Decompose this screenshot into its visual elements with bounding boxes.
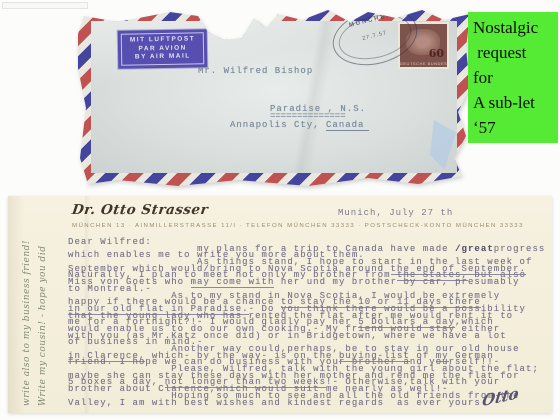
letterhead-address: MÜNCHEN 13 · AINMILLERSTRASSE 11/I · TEL…	[72, 223, 524, 229]
sender-name: Dr. Otto Strasser	[71, 202, 209, 218]
airmail-label-frame: MIT LUFTPOST PAR AVION BY AIR MAIL	[121, 32, 205, 65]
stamp-country-text: DEUTSCHE BUNDESPOST	[400, 61, 447, 66]
note-line: A sub-let	[473, 90, 558, 115]
note-line: Nostalgic	[473, 15, 558, 40]
address-recipient: Mr. Wilfred Bishop	[198, 66, 313, 76]
note-line: for	[473, 65, 558, 90]
note-line: request	[473, 40, 558, 65]
margin-note-2: write also to my business friend!	[22, 284, 32, 406]
dateline: Munich, July 27 th	[338, 208, 453, 218]
envelope: MIT LUFTPOST PAR AVION BY AIR MAIL 60 DE…	[78, 8, 470, 186]
address-country: Canada	[326, 120, 369, 131]
scan-artifact	[2, 2, 88, 9]
letter-body: Dear Wilfred: my plans for a trip to Can…	[68, 239, 545, 406]
margin-note-1: Write my cousin! - hope you did	[38, 206, 48, 406]
airmail-label: MIT LUFTPOST PAR AVION BY AIR MAIL	[118, 29, 208, 68]
address-line3-prefix: Annapolis Cty,	[230, 120, 326, 130]
note-line: ‘57	[473, 115, 558, 140]
airmail-label-line: BY AIR MAIL	[130, 52, 195, 62]
letter-body-line: Valley, I am with best wishes and kindes…	[68, 400, 545, 407]
nostalgia-note: Nostalgic request for A sub-let ‘57	[468, 12, 558, 143]
stamp-value: 60	[429, 47, 444, 60]
letter: Write my cousin! - hope you did write al…	[8, 196, 552, 413]
address-line3: Annapolis Cty, Canada	[230, 120, 369, 130]
envelope-striped-border: MIT LUFTPOST PAR AVION BY AIR MAIL 60 DE…	[78, 8, 470, 186]
